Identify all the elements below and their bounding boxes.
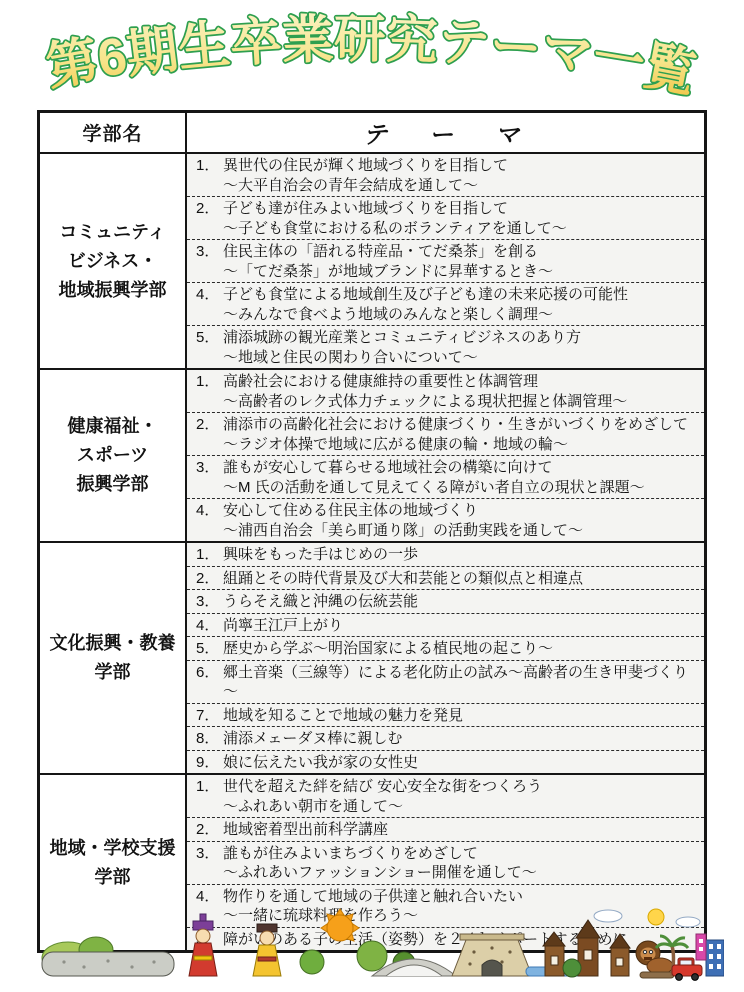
item-number: 2． [196,415,223,435]
item-number: 4． [196,887,223,907]
theme-item: 4．安心して住める住民主体の地域づくり～浦西自治会「美ら町通り隊」の活動実践を通… [187,499,704,541]
theme-item-main: 4．尚寧王江戸上がり [196,616,698,636]
section-row: コミュニティビジネス・地域振興学部1．異世代の住民が輝く地域づくりを目指して～大… [40,154,704,370]
item-title: 娘に伝えたい我が家の女性史 [223,753,418,773]
theme-item: 2．組踊とその時代背景及び大和芸能との類似点と相違点 [187,567,704,591]
department-name-line: 学部 [95,863,131,892]
theme-item-main: 2．子ども達が住みよい地域づくりを目指して [196,199,698,219]
theme-item: 1．高齢社会における健康維持の重要性と体調管理～高齢者のレク式体力チェックによる… [187,370,704,413]
theme-item: 5．浦添城跡の観光産業とコミュニティビジネスのあり方～地域と住民の関わり合いにつ… [187,326,704,368]
theme-item-main: 6．郷土音楽（三線等）による老化防止の試み～高齢者の生き甲斐づくり～ [196,663,698,702]
theme-item-main: 2．浦添市の高齢化社会における健康づくり・生きがいづくりをめざして [196,415,698,435]
footer-illustration [20,906,724,986]
item-title: 組踊とその時代背景及び大和芸能との類似点と相違点 [223,569,583,589]
theme-item: 2．地域密着型出前科学講座 [187,818,704,842]
theme-item: 4．子ども食堂による地域創生及び子ども達の未来応援の可能性～みんなで食べよう地域… [187,283,704,326]
theme-item-main: 4．物作りを通して地域の子供達と触れ合いたい [196,887,698,907]
department-name-line: 文化振興・教養 [50,629,176,658]
theme-item-main: 1．異世代の住民が輝く地域づくりを目指して [196,156,698,176]
theme-item-main: 4．安心して住める住民主体の地域づくり [196,501,698,521]
item-number: 3． [196,844,223,864]
theme-item: 1．興味をもった手はじめの一歩 [187,543,704,567]
theme-item: 2．子ども達が住みよい地域づくりを目指して～子ども食堂における私のボランティアを… [187,197,704,240]
item-number: 1． [196,156,223,176]
item-subtitle: ～「てだ桑茶」が地域ブランドに昇華するとき～ [196,262,698,282]
item-subtitle: ～M 氏の活動を通して見えてくる障がい者自立の現状と課題～ [196,478,698,498]
department-name: 文化振興・教養学部 [40,543,187,773]
stone-wall-icon [42,952,174,976]
item-subtitle: ～大平自治会の青年会結成を通して～ [196,176,698,196]
item-title: 地域を知ることで地域の魅力を発見 [223,706,463,726]
item-title: 郷土音楽（三線等）による老化防止の試み～高齢者の生き甲斐づくり～ [223,663,698,702]
theme-item-main: 1．世代を超えた絆を結び 安心安全な街をつくろう [196,777,698,797]
department-name-line: 学部 [95,658,131,687]
item-number: 2． [196,569,223,589]
department-name-line: 健康福祉・ [68,412,158,441]
theme-item-main: 8．浦添メェーダヌ棒に親しむ [196,729,698,749]
theme-item: 6．郷土音楽（三線等）による老化防止の試み～高齢者の生き甲斐づくり～ [187,661,704,704]
item-title: うらそえ織と沖縄の伝統芸能 [223,592,418,612]
theme-item-main: 7．地域を知ることで地域の魅力を発見 [196,706,698,726]
item-number: 3． [196,458,223,478]
theme-item: 4．尚寧王江戸上がり [187,614,704,638]
theme-item: 7．地域を知ることで地域の魅力を発見 [187,704,704,728]
item-subtitle: ～高齢者のレク式体力チェックによる現状把握と体調管理～ [196,392,698,412]
department-name: コミュニティビジネス・地域振興学部 [40,154,187,368]
cloud-icon [594,910,700,927]
theme-item-main: 5．浦添城跡の観光産業とコミュニティビジネスのあり方 [196,328,698,348]
page-title: 第6期生卒業研究テーマ一覧 [22,4,722,108]
item-title: 誰もが安心して暮らせる地域社会の構築に向けて [223,458,553,478]
item-subtitle: ～浦西自治会「美ら町通り隊」の活動実践を通して～ [196,521,698,541]
theme-table: 学部名 テ ー マ コミュニティビジネス・地域振興学部1．異世代の住民が輝く地域… [37,110,707,953]
item-number: 4． [196,501,223,521]
theme-item: 3．住民主体の「語れる特産品・てだ桑茶」を創る～「てだ桑茶」が地域ブランドに昇華… [187,240,704,283]
red-car-icon [672,958,702,980]
item-number: 3． [196,592,223,612]
department-name: 健康福祉・スポーツ振興学部 [40,370,187,541]
department-name-line: 振興学部 [77,470,149,499]
item-number: 5． [196,639,223,659]
theme-list: 1．高齢社会における健康維持の重要性と体調管理～高齢者のレク式体力チェックによる… [187,370,704,541]
theme-item-main: 1．高齢社会における健康維持の重要性と体調管理 [196,372,698,392]
item-number: 4． [196,616,223,636]
item-title: 地域密着型出前科学講座 [223,820,388,840]
item-number: 7． [196,706,223,726]
header-theme: テ ー マ [187,113,704,152]
item-subtitle: ～ふれあいファッションショー開催を通して～ [196,863,698,883]
theme-item: 5．歴史から学ぶ～明治国家による植民地の起こり～ [187,637,704,661]
title-text: 第6期生卒業研究テーマ一覧 [42,11,700,104]
ryukyu-figure-red-icon [189,914,217,976]
theme-item-main: 4．子ども食堂による地域創生及び子ども達の未来応援の可能性 [196,285,698,305]
theme-item: 3．うらそえ織と沖縄の伝統芸能 [187,590,704,614]
item-number: 9． [196,753,223,773]
theme-item: 9．娘に伝えたい我が家の女性史 [187,751,704,774]
theme-item: 3．誰もが安心して暮らせる地域社会の構築に向けて～M 氏の活動を通して見えてくる… [187,456,704,499]
theme-item-main: 3．住民主体の「語れる特産品・てだ桑茶」を創る [196,242,698,262]
item-number: 3． [196,242,223,262]
theme-item: 2．浦添市の高齢化社会における健康づくり・生きがいづくりをめざして～ラジオ体操で… [187,413,704,456]
item-title: 尚寧王江戸上がり [223,616,343,636]
theme-item-main: 2．組踊とその時代背景及び大和芸能との類似点と相違点 [196,569,698,589]
item-title: 物作りを通して地域の子供達と触れ合いたい [223,887,523,907]
theme-item-main: 3．誰もが住みよいまちづくりをめざして [196,844,698,864]
item-title: 子ども達が住みよい地域づくりを目指して [223,199,508,219]
yellow-sun-icon [648,909,664,925]
theme-item-main: 2．地域密着型出前科学講座 [196,820,698,840]
item-number: 5． [196,328,223,348]
item-subtitle: ～ふれあい朝市を通して～ [196,797,698,817]
item-title: 浦添メェーダヌ棒に親しむ [223,729,402,749]
theme-item: 8．浦添メェーダヌ棒に親しむ [187,727,704,751]
department-name-line: ビジネス・ [68,247,157,276]
shisa-lion-icon [636,941,674,978]
title-wordart: 第6期生卒業研究テーマ一覧 [22,4,722,108]
item-subtitle: ～子ども食堂における私のボランティアを通して～ [196,219,698,239]
table-sections: コミュニティビジネス・地域振興学部1．異世代の住民が輝く地域づくりを目指して～大… [40,154,704,950]
table-header-row: 学部名 テ ー マ [40,113,704,154]
item-number: 1． [196,372,223,392]
item-title: 住民主体の「語れる特産品・てだ桑茶」を創る [223,242,538,262]
department-name-line: コミュニティ [59,218,165,247]
header-department: 学部名 [40,113,187,152]
item-title: 浦添市の高齢化社会における健康づくり・生きがいづくりをめざして [223,415,688,435]
theme-list: 1．異世代の住民が輝く地域づくりを目指して～大平自治会の青年会結成を通して～2．… [187,154,704,368]
section-row: 健康福祉・スポーツ振興学部1．高齢社会における健康維持の重要性と体調管理～高齢者… [40,370,704,543]
orange-sun-icon [321,909,359,941]
item-number: 6． [196,663,223,702]
theme-item: 1．異世代の住民が輝く地域づくりを目指して～大平自治会の青年会結成を通して～ [187,154,704,197]
item-title: 誰もが住みよいまちづくりをめざして [223,844,478,864]
castle-gate-icon [452,934,532,976]
item-number: 4． [196,285,223,305]
item-number: 1． [196,545,223,565]
theme-item: 3．誰もが住みよいまちづくりをめざして～ふれあいファッションショー開催を通して～ [187,842,704,885]
page: { "title": "第6期生卒業研究テーマ一覧", "title_color… [0,0,744,992]
theme-item-main: 9．娘に伝えたい我が家の女性史 [196,753,698,773]
item-number: 2． [196,199,223,219]
theme-item-main: 3．うらそえ織と沖縄の伝統芸能 [196,592,698,612]
theme-item-main: 5．歴史から学ぶ～明治国家による植民地の起こり～ [196,639,698,659]
theme-item-main: 1．興味をもった手はじめの一歩 [196,545,698,565]
item-subtitle: ～ラジオ体操で地域に広がる健康の輪・地域の輪～ [196,435,698,455]
item-number: 8． [196,729,223,749]
department-name-line: スポーツ [77,441,148,470]
section-row: 文化振興・教養学部1．興味をもった手はじめの一歩2．組踊とその時代背景及び大和芸… [40,543,704,775]
item-title: 子ども食堂による地域創生及び子ども達の未来応援の可能性 [223,285,628,305]
item-title: 安心して住める住民主体の地域づくり [223,501,478,521]
tree-dark-icon [563,959,581,977]
item-title: 世代を超えた絆を結び 安心安全な街をつくろう [223,777,542,797]
item-number: 2． [196,820,223,840]
item-subtitle: ～地域と住民の関わり合いについて～ [196,348,698,368]
ryukyu-figure-yellow-icon [253,924,281,976]
department-name-line: 地域振興学部 [59,276,167,305]
tower-church-icon [543,920,630,976]
item-title: 興味をもった手はじめの一歩 [223,545,418,565]
theme-list: 1．興味をもった手はじめの一歩2．組踊とその時代背景及び大和芸能との類似点と相違… [187,543,704,773]
item-title: 異世代の住民が輝く地域づくりを目指して [223,156,508,176]
item-number: 1． [196,777,223,797]
item-subtitle: ～みんなで食べよう地域のみんなと楽しく調理～ [196,305,698,325]
theme-item-main: 3．誰もが安心して暮らせる地域社会の構築に向けて [196,458,698,478]
item-title: 高齢社会における健康維持の重要性と体調管理 [223,372,538,392]
theme-item: 1．世代を超えた絆を結び 安心安全な街をつくろう～ふれあい朝市を通して～ [187,775,704,818]
department-name-line: 地域・学校支援 [50,834,176,863]
item-title: 歴史から学ぶ～明治国家による植民地の起こり～ [223,639,553,659]
item-title: 浦添城跡の観光産業とコミュニティビジネスのあり方 [223,328,581,348]
